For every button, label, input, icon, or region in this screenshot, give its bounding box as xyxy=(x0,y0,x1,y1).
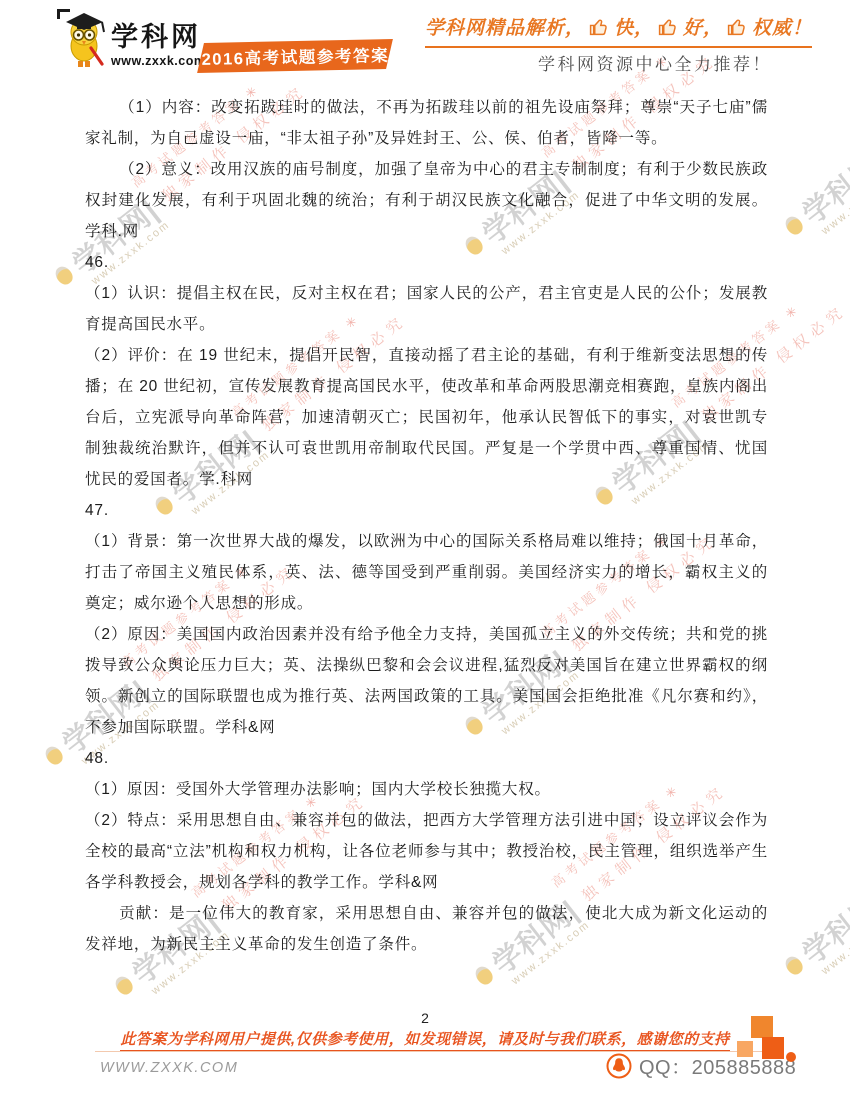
page-number: 2 xyxy=(0,1010,850,1026)
answer-paragraph: 贡献：是一位伟大的教育家，采用思想自由、兼容并包的做法，使北大成为新文化运动的发… xyxy=(85,898,768,960)
owl-mascot-icon xyxy=(52,263,76,287)
owl-mascot-icon xyxy=(472,963,496,987)
qq-penguin-icon xyxy=(606,1053,632,1079)
logo-url-text: www.zxxk.com xyxy=(111,54,205,68)
answer-paragraph: （1）内容：改变拓跋珪时的做法，不再为拓跋珪以前的祖先设庙祭拜；尊崇“天子七庙”… xyxy=(85,92,768,154)
decor-square-dark xyxy=(762,1037,784,1059)
footer-notice-text: 此答案为学科网用户提供,仅供参考使用，如发现错误，请及时与我们联系，感谢您的支持 xyxy=(120,1031,729,1051)
owl-mascot-icon xyxy=(62,8,108,75)
answer-paragraph: （2）意义：改用汉族的庙号制度，加强了皇帝为中心的君主专制制度；有利于少数民族政… xyxy=(85,154,768,247)
answer-paragraph: （1）认识：提倡主权在民，反对主权在君；国家人民的公产，君主官吏是人民的公仆；发… xyxy=(85,278,768,340)
slogan-line: 学科网精品解析， 快， 好， 权威！ xyxy=(425,13,812,48)
thumbs-up-icon xyxy=(658,16,679,37)
question-number: 47. xyxy=(85,495,768,526)
thumbs-up-icon xyxy=(727,16,748,37)
slogan-prefix: 学科网精品解析， xyxy=(425,13,585,40)
owl-mascot-icon xyxy=(42,743,66,767)
decor-square-medium xyxy=(751,1016,773,1038)
footer-site-url: WWW.ZXXK.COM xyxy=(100,1060,238,1076)
owl-mascot-icon xyxy=(782,213,806,237)
decor-dot xyxy=(786,1052,796,1062)
slogan-word-authority: 权威！ xyxy=(752,13,812,40)
answer-paragraph: （2）原因：美国国内政治因素并没有给予他全力支持，美国孤立主义的外交传统；共和党… xyxy=(85,619,768,743)
owl-mascot-icon xyxy=(112,973,136,997)
answer-content: （1）内容：改变拓跋珪时的做法，不再为拓跋珪以前的祖先设庙祭拜；尊崇“天子七庙”… xyxy=(85,92,768,960)
owl-mascot-icon xyxy=(782,953,806,977)
question-number: 48. xyxy=(85,743,768,774)
footer-notice: 此答案为学科网用户提供,仅供参考使用，如发现错误，请及时与我们联系，感谢您的支持 xyxy=(0,1028,850,1049)
answer-paragraph: （2）评价：在 19 世纪末，提倡开民智，直接动摇了君主论的基础，有利于维新变法… xyxy=(85,340,768,495)
recommend-line: 学科网资源中心全力推荐！ xyxy=(538,50,772,75)
watermark: 高考试题参考答案✳ 学科网| 独家制作 侵权必究 www.zxxk.com xyxy=(764,736,850,994)
answer-paragraph: （1）原因：受国外大学管理办法影响；国内大学校长独揽大权。 xyxy=(85,774,768,805)
logo-brand-text: 学科网 xyxy=(111,24,205,51)
exam-answer-banner: 2016高考试题参考答案 xyxy=(197,39,393,73)
thumbs-up-icon xyxy=(589,16,610,37)
slogan-word-fast: 快， xyxy=(614,13,654,40)
banner-text: 2016高考试题参考答案 xyxy=(201,42,389,70)
question-number: 46. xyxy=(85,247,768,278)
answer-paragraph: （1）背景：第一次世界大战的爆发，以欧洲为中心的国际关系格局难以维持；俄国十月革… xyxy=(85,526,768,619)
answer-paragraph: （2）特点：采用思想自由、兼容并包的做法，把西方大学管理方法引进中国；设立评议会… xyxy=(85,805,768,898)
document-page: 高考试题参考答案✳ 学科网| 独家制作 侵权必究 www.zxxk.com 高考… xyxy=(0,0,850,1100)
decor-square-light xyxy=(737,1041,753,1057)
site-logo: 学科网 www.zxxk.com xyxy=(62,8,205,75)
slogan-word-good: 好， xyxy=(683,13,723,40)
